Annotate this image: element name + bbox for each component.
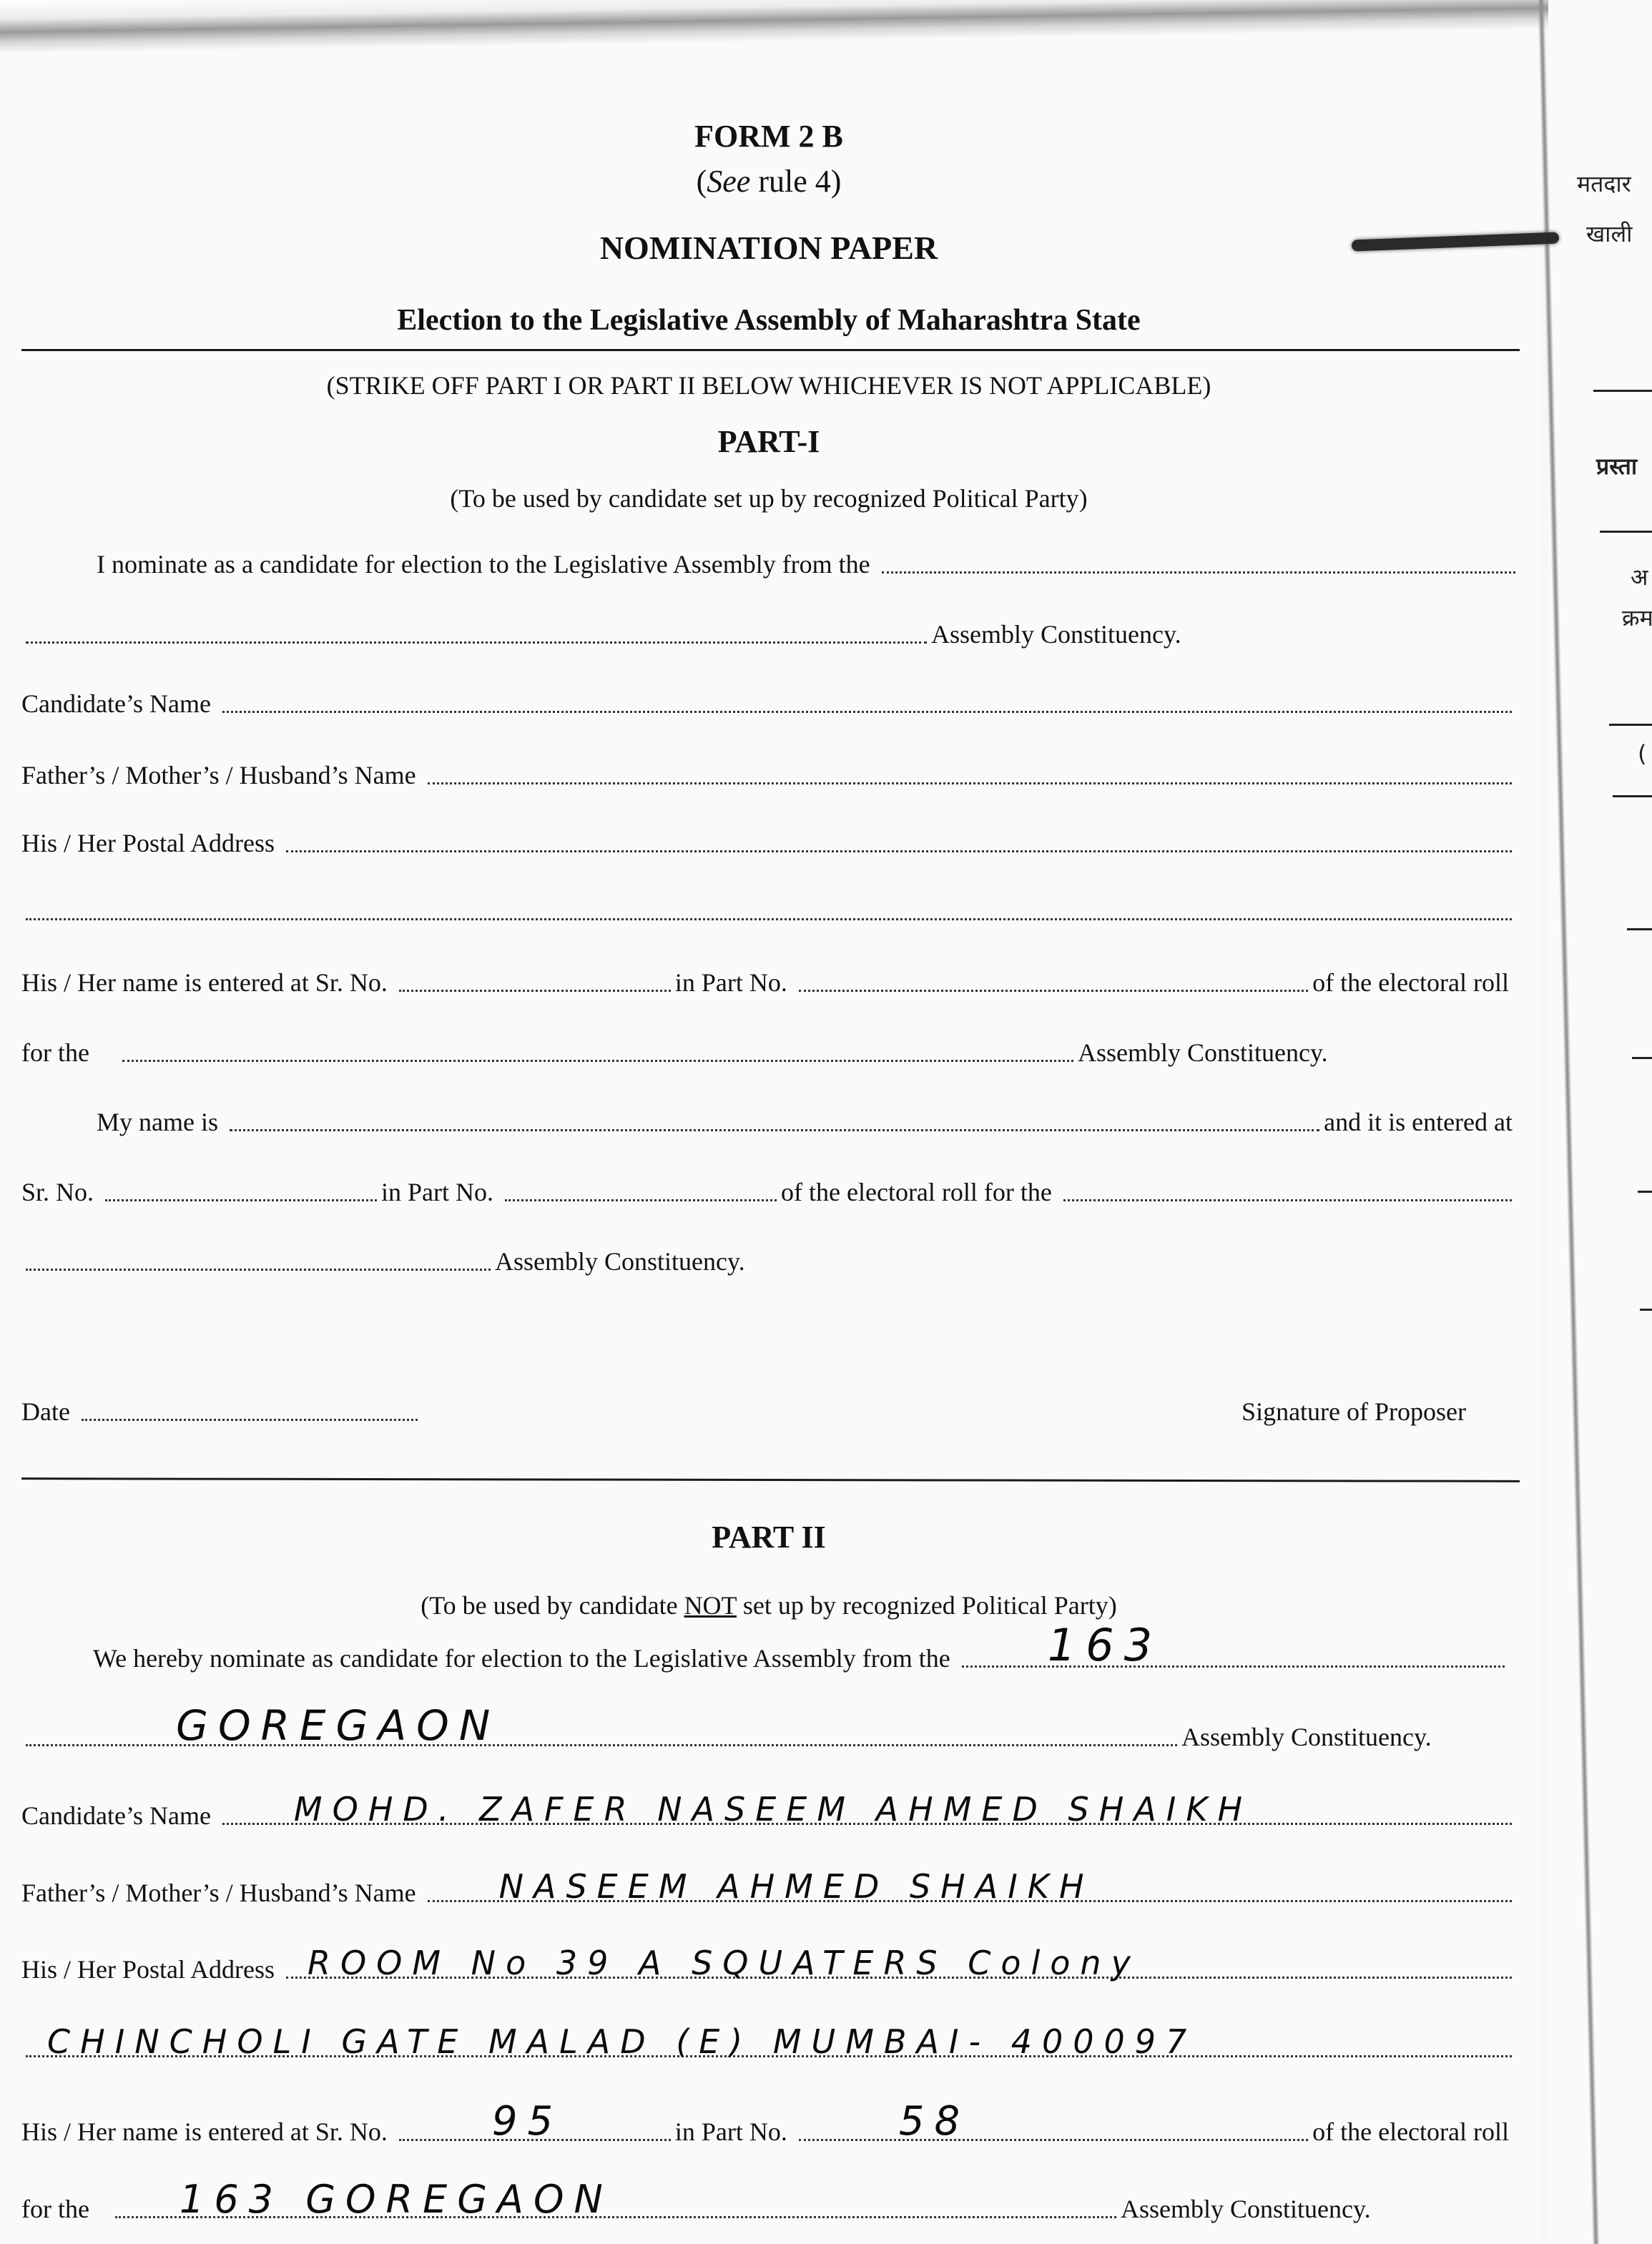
assembly-constituency-label: Assembly Constituency. <box>495 1246 752 1276</box>
side-rule <box>1609 724 1652 726</box>
part2-candidate-name-field[interactable]: MOHD. ZAFER NASEEM AHMED SHAIKH <box>222 1794 1512 1825</box>
part1-constituency-number-field[interactable] <box>882 543 1515 574</box>
part2-nominate-row: We hereby nominate as candidate for elec… <box>21 1638 1509 1673</box>
part1-proposer-roll-row: Sr. No. in Part No. of the electoral rol… <box>21 1171 1516 1207</box>
proposer-part-no-field[interactable] <box>505 1171 777 1201</box>
form-title: NOMINATION PAPER <box>0 229 1538 267</box>
postal-address-label: His / Her Postal Address <box>21 1954 282 1984</box>
part2-address-line2-field[interactable]: CHINCHOLI GATE MALAD (E) MUMBAI- 400097 <box>26 2027 1512 2057</box>
part2-address-line1-field[interactable]: ROOM No 39 A SQUATERS Colony <box>286 1948 1512 1979</box>
part2-address-row: His / Her Postal Address ROOM No 39 A SQ… <box>21 1949 1516 1984</box>
part-no-label: in Part No. <box>675 968 795 998</box>
part1-roll-row: His / Her name is entered at Sr. No. in … <box>21 962 1516 998</box>
sr-no-label: His / Her name is entered at Sr. No. <box>21 968 395 998</box>
part1-sr-no-field[interactable] <box>399 961 671 992</box>
side-text-1: मतदार <box>1577 168 1631 199</box>
side-text-6: ( <box>1638 740 1646 767</box>
candidate-name-label: Candidate’s Name <box>21 689 218 719</box>
part2-relation-name-field[interactable]: NASEEM AHMED SHAIKH <box>428 1871 1512 1902</box>
side-rule <box>1627 928 1652 930</box>
proposer-sr-no-label: Sr. No. <box>21 1177 101 1207</box>
form-number: FORM 2 B <box>0 118 1538 154</box>
signature-proposer-label: Signature of Proposer <box>1242 1397 1516 1427</box>
sr-no-label: His / Her name is entered at Sr. No. <box>21 2117 395 2147</box>
part2-sr-no-field[interactable]: 95 <box>399 2110 671 2141</box>
rule-reference: (See rule 4) <box>0 163 1538 200</box>
part1-for-row: for the Assembly Constituency. <box>21 1032 1516 1068</box>
part1-relation-row: Father’s / Mother’s / Husband’s Name <box>21 754 1516 790</box>
electoral-roll-label: of the electoral roll <box>1312 2117 1516 2147</box>
part2-intro-label: We hereby nominate as candidate for elec… <box>93 1643 958 1673</box>
part1-note: (To be used by candidate set up by recog… <box>0 483 1538 513</box>
proposer-roll-for-field[interactable] <box>1063 1171 1512 1201</box>
part2-roll-row: His / Her name is entered at Sr. No. 95 … <box>21 2111 1516 2147</box>
part-no-label: in Part No. <box>675 2117 795 2147</box>
part1-address-line1-field[interactable] <box>286 822 1512 852</box>
part1-part-no-field[interactable] <box>799 961 1308 992</box>
part1-date-row: Date Signature of Proposer <box>21 1391 1516 1427</box>
part1-address2-row <box>21 890 1516 926</box>
side-text-4: अ <box>1631 561 1648 592</box>
part1-intro-label: I nominate as a candidate for election t… <box>97 549 877 579</box>
part2-candidate-row: Candidate’s Name MOHD. ZAFER NASEEM AHME… <box>21 1795 1516 1831</box>
my-name-is-label: My name is <box>97 1107 225 1137</box>
entered-at-label: and it is entered at <box>1324 1107 1520 1137</box>
side-text-3: प्रस्ता <box>1596 451 1637 481</box>
part2-for-row: for the 163 GOREGAON Assembly Constituen… <box>21 2188 1516 2224</box>
assembly-constituency-label: Assembly Constituency. <box>1121 2194 1378 2224</box>
assembly-constituency-label: Assembly Constituency. <box>1078 1038 1335 1068</box>
relation-name-label: Father’s / Mother’s / Husband’s Name <box>21 1878 423 1908</box>
part1-for-the-field[interactable] <box>122 1031 1073 1062</box>
electoral-roll-label: of the electoral roll <box>1312 968 1516 998</box>
proposer-constituency-field[interactable] <box>26 1240 491 1271</box>
strike-instruction: (STRIKE OFF PART I OR PART II BELOW WHIC… <box>0 370 1538 400</box>
part2-note: (To be used by candidate NOT set up by r… <box>0 1590 1538 1620</box>
proposer-sr-no-field[interactable] <box>105 1171 377 1201</box>
part2-constituency-number-field[interactable]: 163 <box>962 1637 1505 1668</box>
for-the-label: for the <box>21 1038 118 1068</box>
side-rule <box>1632 1057 1652 1059</box>
part2-for-the-field[interactable]: 163 GOREGAON <box>115 2188 1116 2218</box>
side-rule <box>1593 390 1652 392</box>
part1-relation-name-field[interactable] <box>428 754 1512 784</box>
candidate-name-label: Candidate’s Name <box>21 1801 218 1831</box>
side-text-2: खाली <box>1586 218 1632 249</box>
for-the-label: for the <box>21 2194 111 2224</box>
postal-address-label: His / Her Postal Address <box>21 828 282 858</box>
part1-proposer-row: My name is and it is entered at <box>21 1101 1520 1137</box>
election-title: Election to the Legislative Assembly of … <box>0 303 1538 338</box>
proposer-name-field[interactable] <box>230 1101 1319 1131</box>
side-text-5: क्रम <box>1622 602 1652 633</box>
side-rule <box>1638 1191 1652 1193</box>
header-divider <box>21 349 1520 351</box>
part1-constituency-row: Assembly Constituency. <box>21 614 1516 649</box>
part2-heading: PART II <box>0 1519 1538 1555</box>
part1-date-field[interactable] <box>82 1390 418 1421</box>
proposer-part-no-label: in Part No. <box>381 1177 501 1207</box>
assembly-constituency-label: Assembly Constituency. <box>1181 1722 1439 1752</box>
side-rule <box>1640 1309 1652 1311</box>
part2-part-no-field[interactable]: 58 <box>799 2110 1308 2141</box>
part1-nominate-row: I nominate as a candidate for election t… <box>21 543 1520 579</box>
part2-address2-row: CHINCHOLI GATE MALAD (E) MUMBAI- 400097 <box>21 2027 1516 2063</box>
part1-proposer-constituency-row: Assembly Constituency. <box>21 1241 1516 1276</box>
relation-name-label: Father’s / Mother’s / Husband’s Name <box>21 760 423 790</box>
side-rule <box>1613 795 1652 797</box>
part1-heading: PART-I <box>0 423 1538 460</box>
part2-constituency-name-field[interactable]: GOREGAON <box>26 1716 1177 1746</box>
date-label: Date <box>21 1397 77 1427</box>
proposer-roll-label: of the electoral roll for the <box>781 1177 1059 1207</box>
part1-candidate-name-field[interactable] <box>222 682 1512 713</box>
part1-address-row: His / Her Postal Address <box>21 822 1516 858</box>
part2-relation-row: Father’s / Mother’s / Husband’s Name NAS… <box>21 1872 1516 1908</box>
part1-candidate-row: Candidate’s Name <box>21 683 1516 719</box>
part1-constituency-name-field[interactable] <box>26 613 927 644</box>
side-rule <box>1600 531 1652 533</box>
part1-address-line2-field[interactable] <box>26 890 1512 920</box>
part2-constituency-row: GOREGAON Assembly Constituency. <box>21 1716 1516 1752</box>
assembly-constituency-label: Assembly Constituency. <box>931 619 1189 649</box>
adjacent-page <box>1548 0 1652 2244</box>
